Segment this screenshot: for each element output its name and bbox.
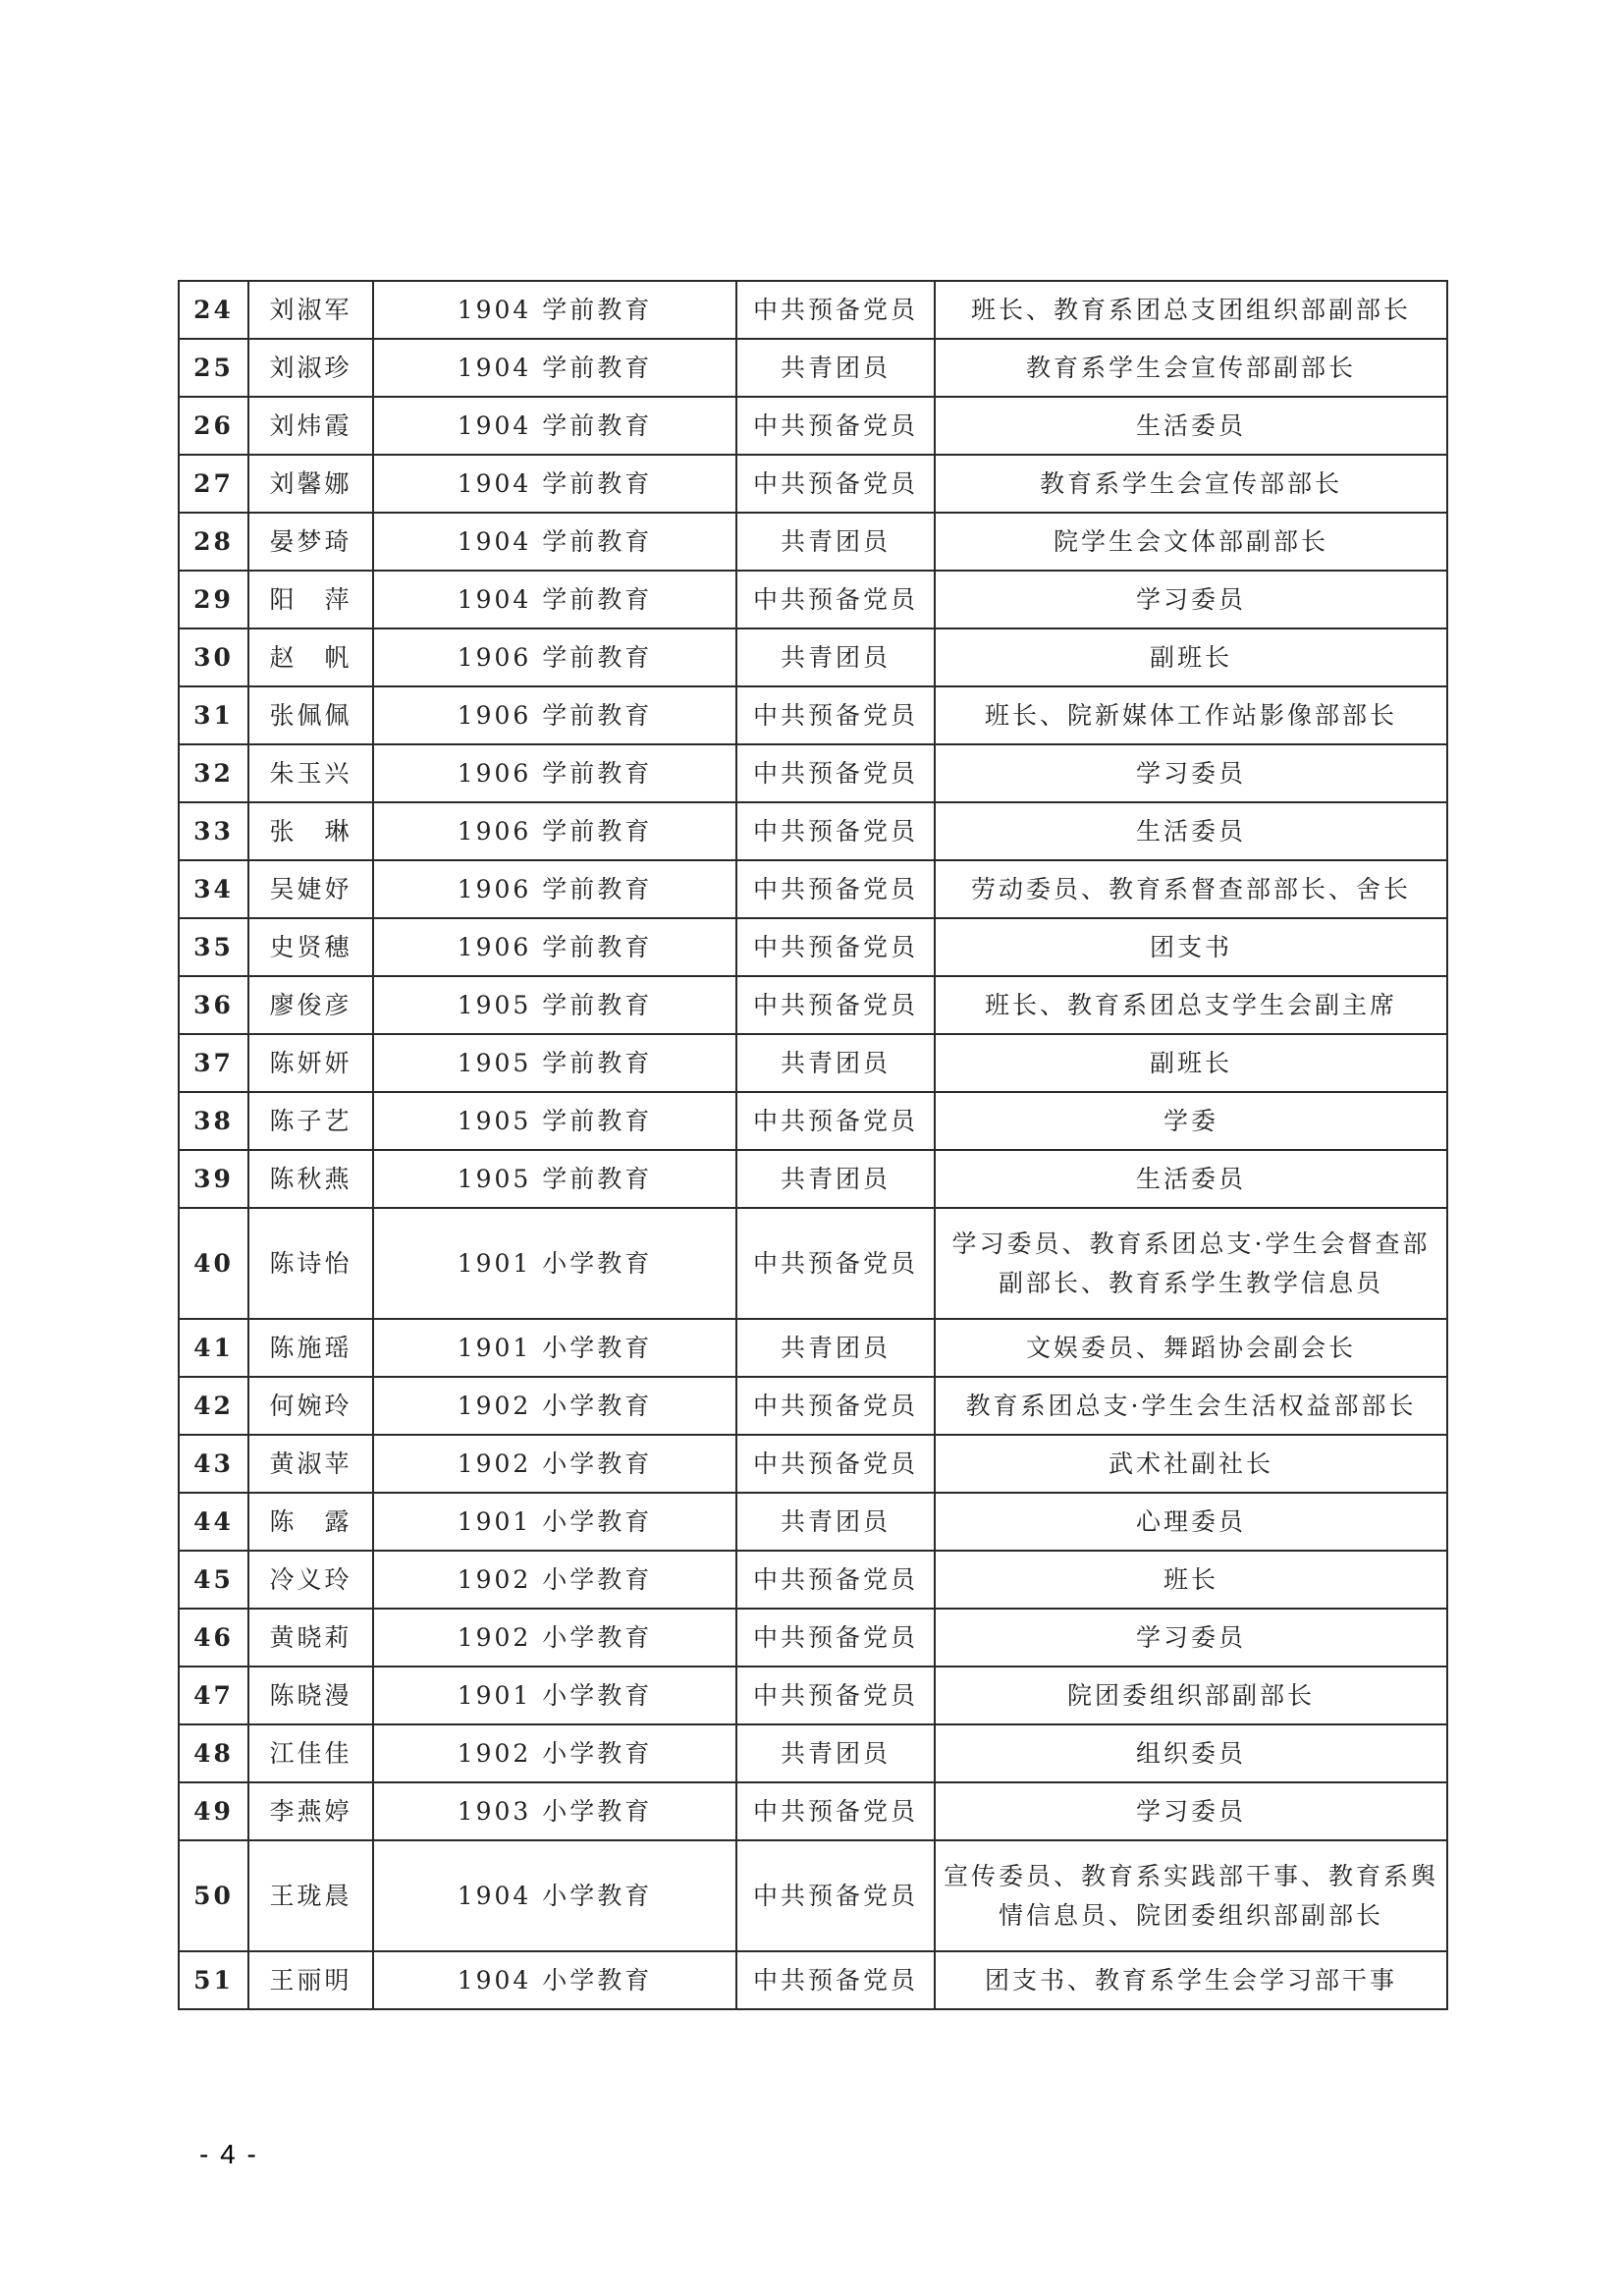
- student-name-cell: 陈诗怡: [248, 1208, 373, 1319]
- class-name-cell: 1904 学前教育: [373, 339, 736, 397]
- student-name-cell: 王珑晨: [248, 1840, 373, 1951]
- political-status-cell: 中共预备党员: [736, 571, 935, 629]
- political-status-cell: 中共预备党员: [736, 281, 935, 339]
- class-name-cell: 1905 学前教育: [373, 1034, 736, 1092]
- table-row: 34吴婕妤1906 学前教育中共预备党员劳动委员、教育系督查部部长、舍长: [179, 860, 1447, 918]
- political-status-cell: 中共预备党员: [736, 860, 935, 918]
- duty-cell: 劳动委员、教育系督查部部长、舍长: [935, 860, 1447, 918]
- table-row: 35史贤穗1906 学前教育中共预备党员团支书: [179, 918, 1447, 976]
- class-name-cell: 1902 小学教育: [373, 1609, 736, 1667]
- table-row: 27刘馨娜1904 学前教育中共预备党员教育系学生会宣传部部长: [179, 455, 1447, 513]
- duty-cell: 班长、院新媒体工作站影像部部长: [935, 686, 1447, 744]
- class-name-cell: 1905 学前教育: [373, 1092, 736, 1150]
- document-page: 24刘淑军1904 学前教育中共预备党员班长、教育系团总支团组织部副部长25刘淑…: [0, 0, 1623, 2296]
- duty-cell: 学习委员: [935, 1609, 1447, 1667]
- political-status-cell: 共青团员: [736, 1034, 935, 1092]
- class-name-cell: 1901 小学教育: [373, 1667, 736, 1724]
- political-status-cell: 中共预备党员: [736, 1377, 935, 1435]
- duty-cell: 宣传委员、教育系实践部干事、教育系舆情信息员、院团委组织部副部长: [935, 1840, 1447, 1951]
- row-number-cell: 35: [179, 918, 248, 976]
- row-number-cell: 47: [179, 1667, 248, 1724]
- class-name-cell: 1902 小学教育: [373, 1377, 736, 1435]
- table-row: 31张佩佩1906 学前教育中共预备党员班长、院新媒体工作站影像部部长: [179, 686, 1447, 744]
- row-number-cell: 43: [179, 1435, 248, 1493]
- table-row: 37陈妍妍1905 学前教育共青团员副班长: [179, 1034, 1447, 1092]
- class-name-cell: 1901 小学教育: [373, 1319, 736, 1377]
- political-status-cell: 中共预备党员: [736, 1840, 935, 1951]
- student-name-cell: 阳 萍: [248, 571, 373, 629]
- row-number-cell: 37: [179, 1034, 248, 1092]
- political-status-cell: 中共预备党员: [736, 744, 935, 802]
- table-row: 44陈 露1901 小学教育共青团员心理委员: [179, 1493, 1447, 1551]
- table-row: 25刘淑珍1904 学前教育共青团员教育系学生会宣传部副部长: [179, 339, 1447, 397]
- roster-body: 24刘淑军1904 学前教育中共预备党员班长、教育系团总支团组织部副部长25刘淑…: [179, 281, 1447, 2009]
- class-name-cell: 1904 小学教育: [373, 1840, 736, 1951]
- table-row: 40陈诗怡1901 小学教育中共预备党员学习委员、教育系团总支·学生会督查部副部…: [179, 1208, 1447, 1319]
- duty-cell: 团支书: [935, 918, 1447, 976]
- class-name-cell: 1904 学前教育: [373, 281, 736, 339]
- table-row: 29阳 萍1904 学前教育中共预备党员学习委员: [179, 571, 1447, 629]
- row-number-cell: 24: [179, 281, 248, 339]
- student-name-cell: 黄晓莉: [248, 1609, 373, 1667]
- student-name-cell: 晏梦琦: [248, 513, 373, 571]
- student-name-cell: 陈施瑶: [248, 1319, 373, 1377]
- duty-cell: 生活委员: [935, 1150, 1447, 1208]
- class-name-cell: 1906 学前教育: [373, 744, 736, 802]
- political-status-cell: 中共预备党员: [736, 1782, 935, 1840]
- table-row: 36廖俊彦1905 学前教育中共预备党员班长、教育系团总支学生会副主席: [179, 976, 1447, 1034]
- student-name-cell: 陈 露: [248, 1493, 373, 1551]
- student-name-cell: 刘炜霞: [248, 397, 373, 455]
- row-number-cell: 50: [179, 1840, 248, 1951]
- row-number-cell: 33: [179, 802, 248, 860]
- table-row: 32朱玉兴1906 学前教育中共预备党员学习委员: [179, 744, 1447, 802]
- duty-cell: 学习委员、教育系团总支·学生会督查部副部长、教育系学生教学信息员: [935, 1208, 1447, 1319]
- class-name-cell: 1904 学前教育: [373, 397, 736, 455]
- row-number-cell: 30: [179, 629, 248, 686]
- table-row: 28晏梦琦1904 学前教育共青团员院学生会文体部副部长: [179, 513, 1447, 571]
- political-status-cell: 中共预备党员: [736, 1609, 935, 1667]
- student-name-cell: 张佩佩: [248, 686, 373, 744]
- table-row: 42何婉玲1902 小学教育中共预备党员教育系团总支·学生会生活权益部部长: [179, 1377, 1447, 1435]
- political-status-cell: 中共预备党员: [736, 455, 935, 513]
- duty-cell: 班长、教育系团总支学生会副主席: [935, 976, 1447, 1034]
- student-name-cell: 陈子艺: [248, 1092, 373, 1150]
- class-name-cell: 1904 学前教育: [373, 513, 736, 571]
- duty-cell: 班长: [935, 1551, 1447, 1609]
- student-name-cell: 张 琳: [248, 802, 373, 860]
- row-number-cell: 25: [179, 339, 248, 397]
- class-name-cell: 1902 小学教育: [373, 1724, 736, 1782]
- political-status-cell: 中共预备党员: [736, 1951, 935, 2009]
- class-name-cell: 1906 学前教育: [373, 860, 736, 918]
- duty-cell: 院团委组织部副部长: [935, 1667, 1447, 1724]
- class-name-cell: 1905 学前教育: [373, 976, 736, 1034]
- duty-cell: 生活委员: [935, 397, 1447, 455]
- duty-cell: 班长、教育系团总支团组织部副部长: [935, 281, 1447, 339]
- table-row: 38陈子艺1905 学前教育中共预备党员学委: [179, 1092, 1447, 1150]
- class-name-cell: 1905 学前教育: [373, 1150, 736, 1208]
- student-roster-table: 24刘淑军1904 学前教育中共预备党员班长、教育系团总支团组织部副部长25刘淑…: [178, 280, 1448, 2010]
- political-status-cell: 共青团员: [736, 1493, 935, 1551]
- row-number-cell: 49: [179, 1782, 248, 1840]
- row-number-cell: 29: [179, 571, 248, 629]
- class-name-cell: 1901 小学教育: [373, 1208, 736, 1319]
- class-name-cell: 1902 小学教育: [373, 1435, 736, 1493]
- class-name-cell: 1906 学前教育: [373, 686, 736, 744]
- table-row: 51王丽明1904 小学教育中共预备党员团支书、教育系学生会学习部干事: [179, 1951, 1447, 2009]
- political-status-cell: 中共预备党员: [736, 1551, 935, 1609]
- class-name-cell: 1906 学前教育: [373, 918, 736, 976]
- duty-cell: 学习委员: [935, 744, 1447, 802]
- duty-cell: 团支书、教育系学生会学习部干事: [935, 1951, 1447, 2009]
- table-row: 43黄淑苹1902 小学教育中共预备党员武术社副社长: [179, 1435, 1447, 1493]
- page-number: - 4 -: [199, 2139, 258, 2170]
- duty-cell: 武术社副社长: [935, 1435, 1447, 1493]
- duty-cell: 心理委员: [935, 1493, 1447, 1551]
- row-number-cell: 36: [179, 976, 248, 1034]
- row-number-cell: 26: [179, 397, 248, 455]
- class-name-cell: 1902 小学教育: [373, 1551, 736, 1609]
- student-name-cell: 刘馨娜: [248, 455, 373, 513]
- duty-cell: 副班长: [935, 1034, 1447, 1092]
- student-name-cell: 陈妍妍: [248, 1034, 373, 1092]
- student-name-cell: 刘淑珍: [248, 339, 373, 397]
- class-name-cell: 1904 小学教育: [373, 1951, 736, 2009]
- class-name-cell: 1901 小学教育: [373, 1493, 736, 1551]
- political-status-cell: 中共预备党员: [736, 1667, 935, 1724]
- table-row: 49李燕婷1903 小学教育中共预备党员学习委员: [179, 1782, 1447, 1840]
- row-number-cell: 42: [179, 1377, 248, 1435]
- student-name-cell: 朱玉兴: [248, 744, 373, 802]
- duty-cell: 学委: [935, 1092, 1447, 1150]
- political-status-cell: 中共预备党员: [736, 397, 935, 455]
- row-number-cell: 27: [179, 455, 248, 513]
- political-status-cell: 共青团员: [736, 629, 935, 686]
- table-row: 41陈施瑶1901 小学教育共青团员文娱委员、舞蹈协会副会长: [179, 1319, 1447, 1377]
- duty-cell: 副班长: [935, 629, 1447, 686]
- row-number-cell: 45: [179, 1551, 248, 1609]
- duty-cell: 教育系团总支·学生会生活权益部部长: [935, 1377, 1447, 1435]
- political-status-cell: 中共预备党员: [736, 1435, 935, 1493]
- table-row: 33张 琳1906 学前教育中共预备党员生活委员: [179, 802, 1447, 860]
- class-name-cell: 1903 小学教育: [373, 1782, 736, 1840]
- table-row: 30赵 帆1906 学前教育共青团员副班长: [179, 629, 1447, 686]
- table-row: 46黄晓莉1902 小学教育中共预备党员学习委员: [179, 1609, 1447, 1667]
- student-name-cell: 王丽明: [248, 1951, 373, 2009]
- row-number-cell: 51: [179, 1951, 248, 2009]
- row-number-cell: 48: [179, 1724, 248, 1782]
- political-status-cell: 中共预备党员: [736, 802, 935, 860]
- row-number-cell: 31: [179, 686, 248, 744]
- table-row: 47陈晓漫1901 小学教育中共预备党员院团委组织部副部长: [179, 1667, 1447, 1724]
- table-row: 24刘淑军1904 学前教育中共预备党员班长、教育系团总支团组织部副部长: [179, 281, 1447, 339]
- duty-cell: 学习委员: [935, 1782, 1447, 1840]
- student-name-cell: 何婉玲: [248, 1377, 373, 1435]
- table-row: 48江佳佳1902 小学教育共青团员组织委员: [179, 1724, 1447, 1782]
- student-name-cell: 陈晓漫: [248, 1667, 373, 1724]
- row-number-cell: 40: [179, 1208, 248, 1319]
- political-status-cell: 中共预备党员: [736, 1092, 935, 1150]
- table-row: 45冷义玲1902 小学教育中共预备党员班长: [179, 1551, 1447, 1609]
- class-name-cell: 1904 学前教育: [373, 455, 736, 513]
- student-name-cell: 史贤穗: [248, 918, 373, 976]
- duty-cell: 文娱委员、舞蹈协会副会长: [935, 1319, 1447, 1377]
- duty-cell: 组织委员: [935, 1724, 1447, 1782]
- duty-cell: 教育系学生会宣传部部长: [935, 455, 1447, 513]
- row-number-cell: 38: [179, 1092, 248, 1150]
- student-name-cell: 刘淑军: [248, 281, 373, 339]
- political-status-cell: 共青团员: [736, 513, 935, 571]
- political-status-cell: 共青团员: [736, 1319, 935, 1377]
- table-row: 50王珑晨1904 小学教育中共预备党员宣传委员、教育系实践部干事、教育系舆情信…: [179, 1840, 1447, 1951]
- political-status-cell: 中共预备党员: [736, 976, 935, 1034]
- duty-cell: 生活委员: [935, 802, 1447, 860]
- duty-cell: 教育系学生会宣传部副部长: [935, 339, 1447, 397]
- student-name-cell: 冷义玲: [248, 1551, 373, 1609]
- duty-cell: 学习委员: [935, 571, 1447, 629]
- duty-cell: 院学生会文体部副部长: [935, 513, 1447, 571]
- table-row: 26刘炜霞1904 学前教育中共预备党员生活委员: [179, 397, 1447, 455]
- political-status-cell: 中共预备党员: [736, 918, 935, 976]
- student-name-cell: 廖俊彦: [248, 976, 373, 1034]
- political-status-cell: 共青团员: [736, 339, 935, 397]
- row-number-cell: 46: [179, 1609, 248, 1667]
- student-name-cell: 吴婕妤: [248, 860, 373, 918]
- class-name-cell: 1904 学前教育: [373, 571, 736, 629]
- student-name-cell: 陈秋燕: [248, 1150, 373, 1208]
- row-number-cell: 39: [179, 1150, 248, 1208]
- row-number-cell: 41: [179, 1319, 248, 1377]
- row-number-cell: 34: [179, 860, 248, 918]
- political-status-cell: 共青团员: [736, 1724, 935, 1782]
- student-name-cell: 江佳佳: [248, 1724, 373, 1782]
- political-status-cell: 共青团员: [736, 1150, 935, 1208]
- student-name-cell: 赵 帆: [248, 629, 373, 686]
- political-status-cell: 中共预备党员: [736, 686, 935, 744]
- row-number-cell: 28: [179, 513, 248, 571]
- political-status-cell: 中共预备党员: [736, 1208, 935, 1319]
- table-row: 39陈秋燕1905 学前教育共青团员生活委员: [179, 1150, 1447, 1208]
- student-name-cell: 李燕婷: [248, 1782, 373, 1840]
- row-number-cell: 32: [179, 744, 248, 802]
- class-name-cell: 1906 学前教育: [373, 629, 736, 686]
- class-name-cell: 1906 学前教育: [373, 802, 736, 860]
- student-name-cell: 黄淑苹: [248, 1435, 373, 1493]
- row-number-cell: 44: [179, 1493, 248, 1551]
